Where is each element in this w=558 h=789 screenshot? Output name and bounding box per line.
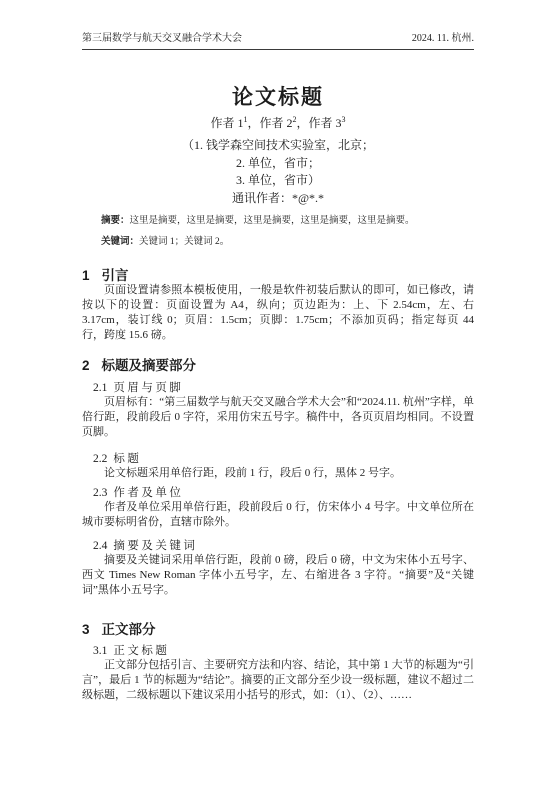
subsection-2-1-number: 2.1 bbox=[93, 382, 107, 394]
keywords-text: 关键词 1；关键词 2。 bbox=[139, 237, 229, 247]
author: 作者 11， bbox=[210, 116, 259, 130]
affiliations-block: （1. 钱学森空间技术实验室，北京； 2. 单位，省市； 3. 单位，省市） 通… bbox=[82, 137, 474, 207]
paper-title: 论文标题 bbox=[82, 86, 474, 110]
subsection-2-3-title: 作者及单位 bbox=[113, 487, 183, 499]
author-name: 作者 3 bbox=[309, 116, 342, 130]
authors-line: 作者 11，作者 22，作者 33 bbox=[82, 113, 474, 130]
subsection-3-1-number: 3.1 bbox=[93, 645, 107, 657]
author-separator: ， bbox=[247, 116, 259, 130]
abstract-text: 这里是摘要，这里是摘要，这里是摘要，这里是摘要，这里是摘要。 bbox=[130, 216, 415, 226]
section-1-heading: 1引言 bbox=[82, 268, 474, 283]
subsection-2-1-title: 页眉与页脚 bbox=[113, 382, 183, 394]
section-1-number: 1 bbox=[82, 268, 90, 283]
author-separator: ， bbox=[297, 116, 309, 130]
subsection-2-2-number: 2.2 bbox=[93, 453, 107, 465]
subsection-2-3-paragraph: 作者及单位采用单倍行距，段前段后 0 行，仿宋体小 4 号字。中文单位所在城市要… bbox=[82, 500, 474, 530]
affiliation-line: 2. 单位，省市； bbox=[82, 155, 474, 173]
subsection-2-3-heading: 2.3作者及单位 bbox=[82, 487, 474, 500]
section-2-number: 2 bbox=[82, 358, 90, 373]
author-name: 作者 1 bbox=[210, 116, 243, 130]
keywords-row: 关键词：关键词 1；关键词 2。 bbox=[82, 237, 474, 249]
affiliation-line: 3. 单位，省市） bbox=[82, 172, 474, 190]
paper-page: 第三届数学与航天交叉融合学术大会 2024. 11. 杭州. 论文标题 作者 1… bbox=[0, 0, 558, 789]
subsection-2-4-title: 摘要及关键词 bbox=[113, 540, 197, 552]
abstract-row: 摘要：这里是摘要，这里是摘要，这里是摘要，这里是摘要，这里是摘要。 bbox=[82, 216, 474, 228]
subsection-2-3-number: 2.3 bbox=[93, 487, 107, 499]
corresponding-author-line: 通讯作者：*@*.* bbox=[82, 190, 474, 208]
subsection-2-2-paragraph: 论文标题采用单倍行距，段前 1 行，段后 0 行，黑体 2 号字。 bbox=[82, 466, 474, 481]
abstract-label: 摘要： bbox=[101, 216, 130, 226]
subsection-2-1-heading: 2.1页眉与页脚 bbox=[82, 382, 474, 395]
subsection-2-1-paragraph: 页眉标有：“第三届数学与航天交叉融合学术大会”和“2024.11. 杭州”字样，… bbox=[82, 395, 474, 440]
author: 作者 22， bbox=[259, 116, 308, 130]
section-2-heading: 2标题及摘要部分 bbox=[82, 358, 474, 373]
subsection-3-1-title: 正文标题 bbox=[113, 645, 169, 657]
subsection-3-1-heading: 3.1正文标题 bbox=[82, 645, 474, 658]
author-name: 作者 2 bbox=[259, 116, 292, 130]
section-3-number: 3 bbox=[82, 622, 90, 637]
subsection-2-4-number: 2.4 bbox=[93, 540, 107, 552]
keywords-label: 关键词： bbox=[101, 237, 139, 247]
author: 作者 33 bbox=[309, 116, 346, 130]
section-3-heading: 3正文部分 bbox=[82, 622, 474, 637]
header-date-location: 2024. 11. 杭州. bbox=[412, 33, 474, 45]
page-header: 第三届数学与航天交叉融合学术大会 2024. 11. 杭州. bbox=[82, 33, 474, 50]
subsection-2-2-title: 标题 bbox=[113, 453, 141, 465]
section-1-title: 引言 bbox=[102, 268, 129, 283]
section-3-title: 正文部分 bbox=[102, 622, 156, 637]
section-2-title: 标题及摘要部分 bbox=[102, 358, 197, 373]
subsection-2-2-heading: 2.2标题 bbox=[82, 453, 474, 466]
author-superscript: 3 bbox=[342, 115, 346, 124]
subsection-3-1-paragraph: 正文部分包括引言、主要研究方法和内容、结论，其中第 1 大节的标题为“引言”，最… bbox=[82, 658, 474, 703]
section-1-paragraph: 页面设置请参照本模板使用，一般是软件初装后默认的即可，如已修改，请按以下的设置：… bbox=[82, 283, 474, 343]
subsection-2-4-paragraph: 摘要及关键词采用单倍行距，段前 0 磅，段后 0 磅，中文为宋体小五号字、西文 … bbox=[82, 553, 474, 598]
affiliation-line: （1. 钱学森空间技术实验室，北京； bbox=[82, 137, 474, 155]
header-conference-name: 第三届数学与航天交叉融合学术大会 bbox=[82, 33, 242, 45]
subsection-2-4-heading: 2.4摘要及关键词 bbox=[82, 540, 474, 553]
